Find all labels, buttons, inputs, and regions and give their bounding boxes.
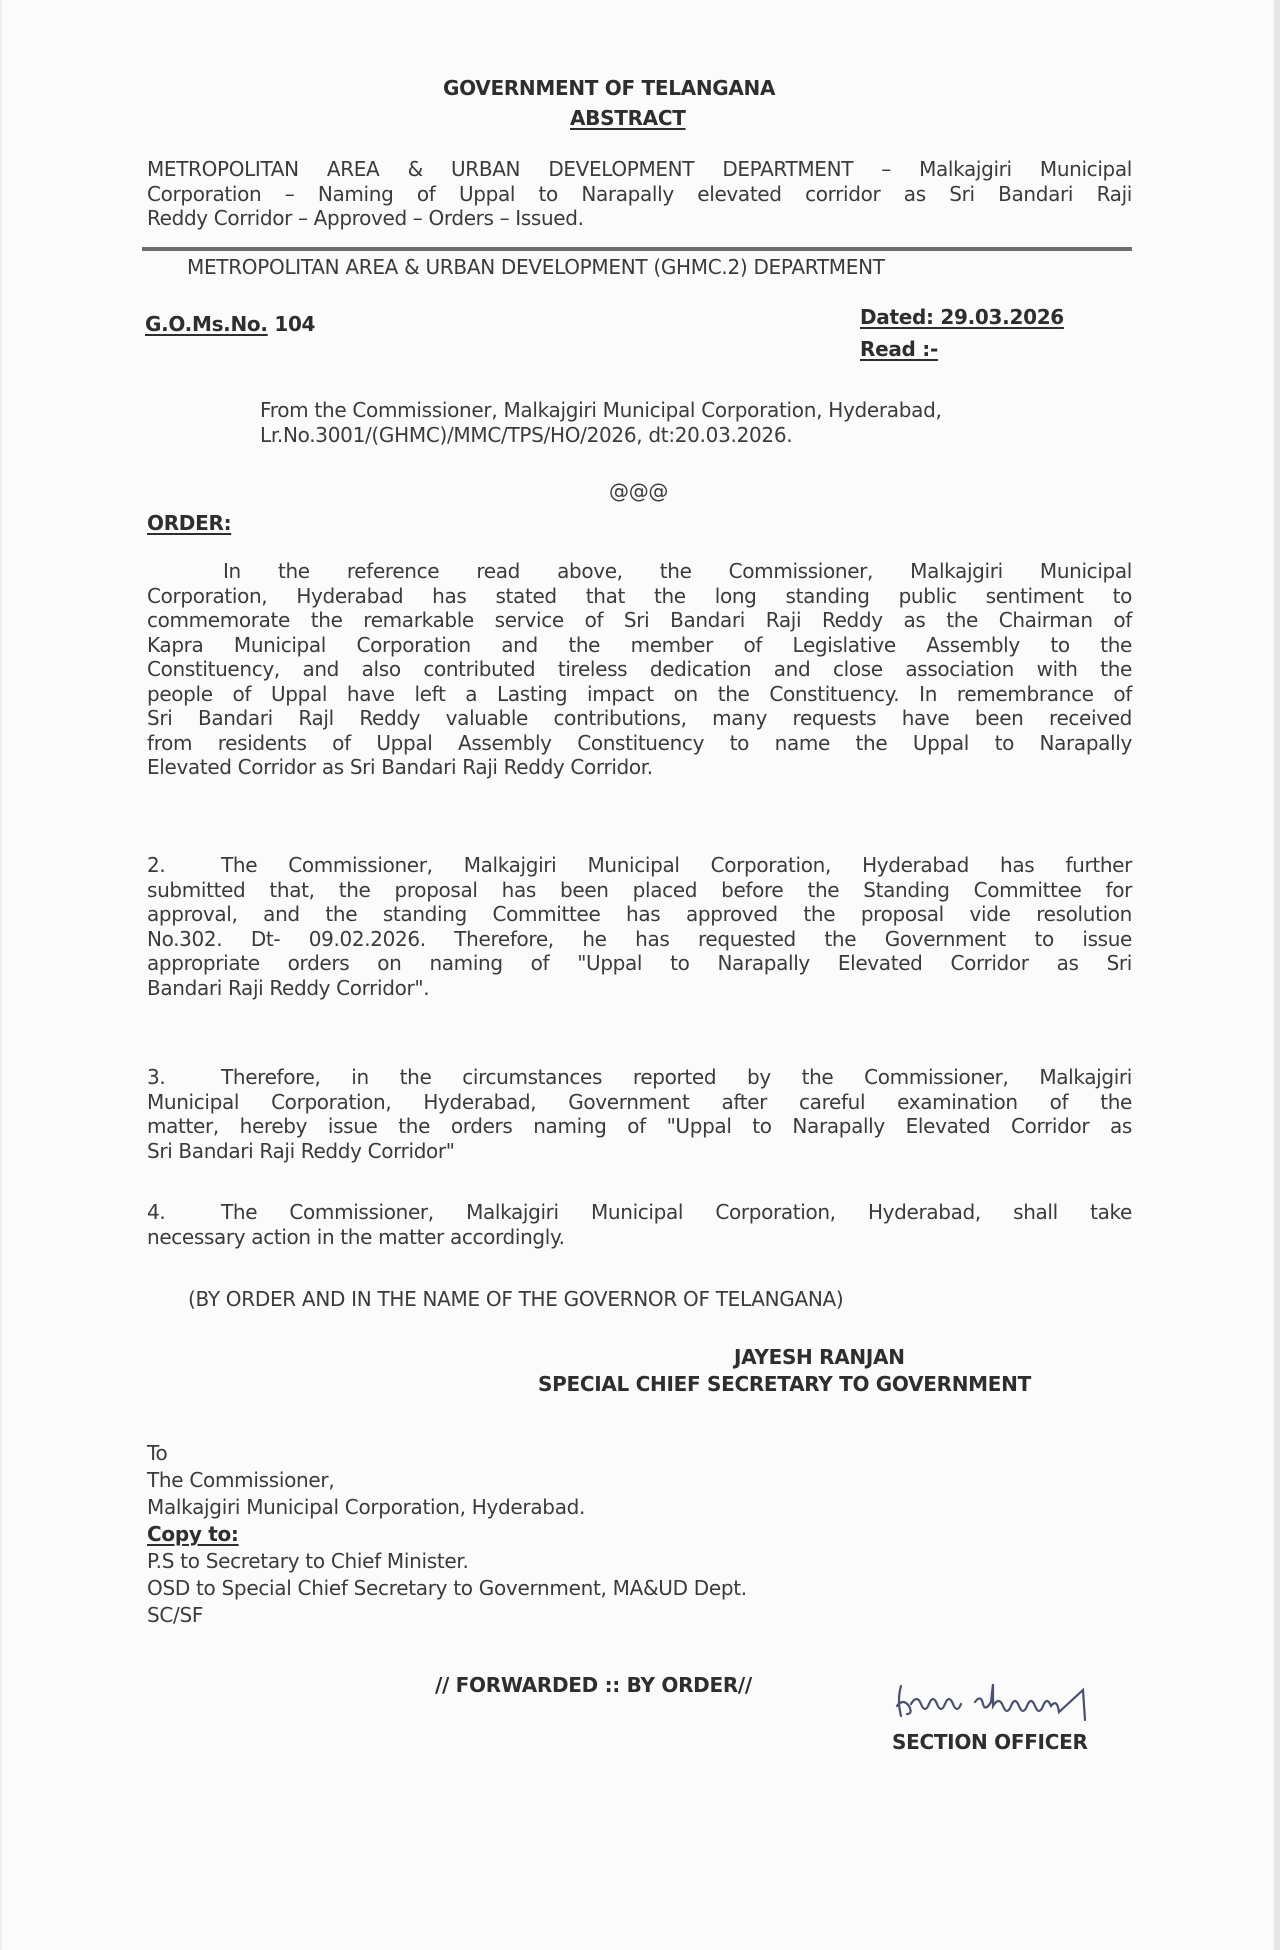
paragraph-line: In the reference read above, the Commiss… xyxy=(147,559,1132,584)
paragraph-line: Bandari Raji Reddy Corridor". xyxy=(147,976,1132,1001)
separator: @@@ xyxy=(609,479,668,504)
paragraph-line: Elevated Corridor as Sri Bandari Raji Re… xyxy=(147,755,1132,780)
paragraph-number: 2. xyxy=(147,853,221,878)
paragraph-line: appropriate orders on naming of "Uppal t… xyxy=(147,951,1132,976)
paragraph-line: Kapra Municipal Corporation and the memb… xyxy=(147,633,1132,658)
order-paragraph-4: 4.The Commissioner, Malkajgiri Municipal… xyxy=(147,1200,1132,1249)
go-dated: Dated: 29.03.2026 xyxy=(860,305,1064,330)
abstract-heading: ABSTRACT xyxy=(570,106,686,131)
paragraph-line: approval, and the standing Committee has… xyxy=(147,902,1132,927)
paragraph-text: The Commissioner, Malkajgiri Municipal C… xyxy=(221,1200,1132,1224)
go-number: G.O.Ms.No. 104 xyxy=(145,312,315,337)
subject-line: Corporation – Naming of Uppal to Narapal… xyxy=(147,182,1132,207)
signature-scribble-icon xyxy=(893,1676,1123,1724)
paragraph-number: 3. xyxy=(147,1065,221,1090)
paragraph-line: 3.Therefore, in the circumstances report… xyxy=(147,1065,1132,1090)
order-heading: ORDER: xyxy=(147,511,231,536)
government-title: GOVERNMENT OF TELANGANA xyxy=(443,76,775,101)
order-paragraph-3: 3.Therefore, in the circumstances report… xyxy=(147,1065,1132,1163)
paragraph-line: people of Uppal have left a Lasting impa… xyxy=(147,682,1132,707)
copy-to-heading: Copy to: xyxy=(147,1521,747,1548)
paragraph-line: submitted that, the proposal has been pl… xyxy=(147,878,1132,903)
paragraph-line: 2.The Commissioner, Malkajgiri Municipal… xyxy=(147,853,1132,878)
paragraph-line: 4.The Commissioner, Malkajgiri Municipal… xyxy=(147,1200,1132,1225)
paragraph-line: necessary action in the matter according… xyxy=(147,1225,1132,1250)
page-left-edge xyxy=(0,0,2,1950)
signature xyxy=(893,1676,1123,1724)
copy-to-line: SC/SF xyxy=(147,1602,747,1629)
paragraph-line: matter, hereby issue the orders naming o… xyxy=(147,1114,1132,1139)
order-paragraph-1: In the reference read above, the Commiss… xyxy=(147,559,1132,780)
subject-divider xyxy=(142,247,1132,251)
subject: METROPOLITAN AREA & URBAN DEVELOPMENT DE… xyxy=(147,157,1132,231)
paragraph-line: Constituency, and also contributed tirel… xyxy=(147,657,1132,682)
department-line: METROPOLITAN AREA & URBAN DEVELOPMENT (G… xyxy=(187,255,885,280)
recipient-line: Malkajgiri Municipal Corporation, Hydera… xyxy=(147,1494,747,1521)
signatory-designation: SPECIAL CHIEF SECRETARY TO GOVERNMENT xyxy=(538,1372,1031,1397)
paragraph-text: The Commissioner, Malkajgiri Municipal C… xyxy=(221,853,1132,877)
paragraph-line: Sri Bandari Rajl Reddy valuable contribu… xyxy=(147,706,1132,731)
copy-to-line: P.S to Secretary to Chief Minister. xyxy=(147,1548,747,1575)
subject-line: METROPOLITAN AREA & URBAN DEVELOPMENT DE… xyxy=(147,157,1132,182)
page-right-edge xyxy=(1274,0,1280,1950)
paragraph-line: Corporation, Hyderabad has stated that t… xyxy=(147,584,1132,609)
paragraph-number: 4. xyxy=(147,1200,221,1225)
paragraph-line: from residents of Uppal Assembly Constit… xyxy=(147,731,1132,756)
paragraph-text: Therefore, in the circumstances reported… xyxy=(221,1065,1132,1089)
section-officer: SECTION OFFICER xyxy=(892,1730,1088,1755)
to-label: To xyxy=(147,1440,747,1467)
paragraph-line: commemorate the remarkable service of Sr… xyxy=(147,608,1132,633)
paragraph-line: Municipal Corporation, Hyderabad, Govern… xyxy=(147,1090,1132,1115)
order-paragraph-2: 2.The Commissioner, Malkajgiri Municipal… xyxy=(147,853,1132,1000)
forwarded-line: // FORWARDED :: BY ORDER// xyxy=(435,1673,752,1698)
recipient: To The Commissioner, Malkajgiri Municipa… xyxy=(147,1440,747,1629)
go-label: G.O.Ms.No. xyxy=(145,312,268,336)
paragraph-line: No.302. Dt- 09.02.2026. Therefore, he ha… xyxy=(147,927,1132,952)
reference-line: Lr.No.3001/(GHMC)/MMC/TPS/HO/2026, dt:20… xyxy=(260,423,942,448)
reference-line: From the Commissioner, Malkajgiri Munici… xyxy=(260,398,942,423)
go-read: Read :- xyxy=(860,337,938,362)
go-number-value: 104 xyxy=(274,312,315,336)
copy-to-line: OSD to Special Chief Secretary to Govern… xyxy=(147,1575,747,1602)
signatory-name: JAYESH RANJAN xyxy=(734,1345,905,1370)
subject-line: Reddy Corridor – Approved – Orders – Iss… xyxy=(147,206,1132,231)
recipient-line: The Commissioner, xyxy=(147,1467,747,1494)
paragraph-line: Sri Bandari Raji Reddy Corridor" xyxy=(147,1139,1132,1164)
authority-line: (BY ORDER AND IN THE NAME OF THE GOVERNO… xyxy=(188,1287,843,1312)
reference: From the Commissioner, Malkajgiri Munici… xyxy=(260,398,942,447)
